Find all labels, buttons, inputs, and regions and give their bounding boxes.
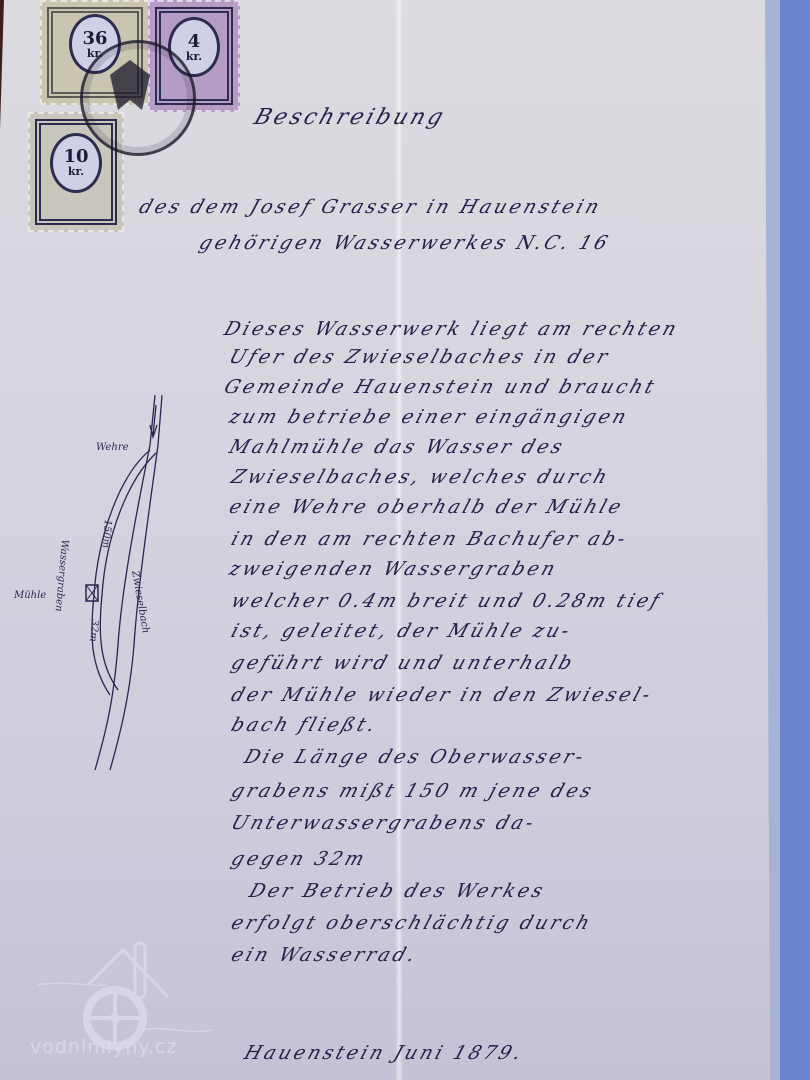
handwritten-line: Ufer des Zwieselbaches in der (226, 346, 613, 368)
handwritten-line: zum betriebe einer eingängigen (226, 406, 631, 428)
signature-date-line: Hauenstein Juni 1879. (241, 1042, 526, 1064)
handwritten-line: des dem Josef Grasser in Hauenstein (136, 196, 604, 218)
handwritten-line: der Mühle wieder in den Zwiesel- (228, 684, 655, 706)
handwritten-line: in den am rechten Bachufer ab- (228, 528, 631, 550)
handwritten-line: zweigenden Wassergraben (226, 558, 560, 580)
handwritten-line: erfolgt oberschlächtig durch (228, 912, 595, 934)
handwritten-line: Gemeinde Hauenstein und braucht (221, 376, 659, 398)
label-mill: Mühle (14, 590, 46, 601)
label-weir: Wehre (96, 442, 129, 453)
handwritten-line: Mahlmühle das Wasser des (226, 436, 568, 458)
handwritten-line: Unterwassergrabens da- (228, 812, 539, 834)
mill-sketch-map (10, 385, 180, 775)
handwritten-line: Dieses Wasserwerk liegt am rechten (221, 318, 682, 340)
handwritten-line: Zwieselbaches, welches durch (228, 466, 612, 488)
handwritten-line: geführt wird und unterhalb (228, 652, 577, 674)
handwritten-line: eine Wehre oberhalb der Mühle (226, 496, 626, 518)
handwritten-line: ist, geleitet, der Mühle zu- (228, 620, 575, 642)
handwritten-line: ein Wasserrad. (228, 944, 420, 966)
handwritten-line: gehörigen Wasserwerkes N.C. 16 (196, 232, 613, 254)
document-title: Beschreibung (251, 105, 449, 130)
handwritten-line: gegen 32m (228, 848, 369, 870)
label-lower-length: 32m (87, 619, 100, 642)
handwritten-line: welcher 0.4m breit und 0.28m tief (228, 590, 665, 612)
watermark-text: vodnimlyny.cz (30, 1036, 177, 1058)
handwritten-line: Der Betrieb des Werkes (246, 880, 548, 902)
handwritten-line: bach fließt. (228, 714, 380, 736)
handwritten-line: Die Länge des Oberwasser- (241, 746, 588, 768)
handwritten-line: grabens mißt 150 m jene des (228, 780, 597, 802)
